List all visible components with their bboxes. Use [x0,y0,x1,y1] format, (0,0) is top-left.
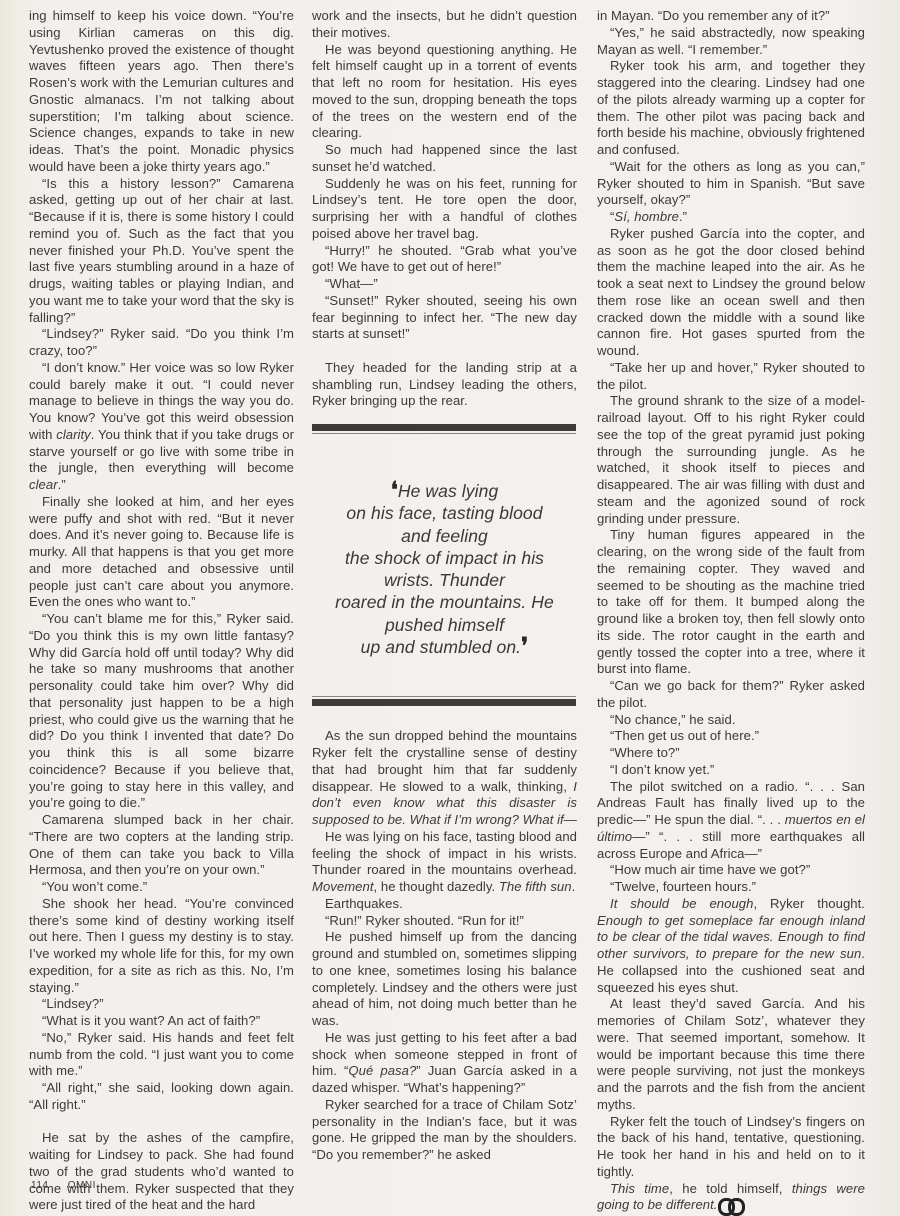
text-run: As the sun dropped behind the mountains … [312,728,577,793]
paragraph: “I don’t know yet.” [597,762,865,779]
italic-text: clarity [56,427,91,442]
page-number: 114 [31,1180,48,1191]
pull-quote-text: on his face, tasting blood [346,503,542,523]
italic-text: Sí, hombre [614,209,679,224]
paragraph: “What is it you want? An act of faith?” [29,1013,294,1030]
paragraph: “I don’t know.” Her voice was so low Ryk… [29,360,294,494]
text-run: , he thought dazedly. [374,879,499,894]
paragraph: “Where to?” [597,745,865,762]
text-run: .” [58,477,66,492]
close-quote-icon: ❜ [521,633,528,658]
paragraph: work and the insects, but he didn’t ques… [312,8,577,42]
pull-quote-line: ❛He was lying [312,480,577,502]
middle-column: work and the insects, but he didn’t ques… [312,8,577,1164]
paragraph: “You can’t blame me for this,” Ryker sai… [29,611,294,812]
paragraph: So much had happened since the last suns… [312,142,577,176]
paragraph: “Take her up and hover,” Ryker shouted t… [597,360,865,394]
left-column: ing himself to keep his voice down. “You… [29,8,294,1214]
right-column: in Mayan. “Do you remember any of it?”“Y… [597,8,865,1214]
paragraph: He was lying on his face, tasting blood … [312,829,577,896]
paragraph: Ryker took his arm, and together they st… [597,58,865,159]
pull-quote: ❛He was lyingon his face, tasting blooda… [312,480,577,658]
paragraph: Suddenly he was on his feet, running for… [312,176,577,243]
paragraph: “How much air time have we got?” [597,862,865,879]
paragraph: The pilot switched on a radio. “. . . Sa… [597,779,865,863]
pull-quote-line: up and stumbled on.❜ [312,636,577,658]
paragraph: “All right,” she said, looking down agai… [29,1080,294,1114]
pull-quote-line: on his face, tasting blood [312,502,577,524]
open-quote-icon: ❛ [391,477,398,502]
pull-quote-line: roared in the mountains. He [312,591,577,613]
paragraph: He sat by the ashes of the campfire, wai… [29,1130,294,1214]
paragraph: The ground shrank to the size of a model… [597,393,865,527]
paragraph: ing himself to keep his voice down. “You… [29,8,294,176]
pull-quote-text: He was lying [398,481,498,501]
paragraph: This time, he told himself, things were … [597,1181,865,1215]
paragraph: “Is this a history lesson?” Camarena ask… [29,176,294,327]
magazine-name: OMNI [68,1180,96,1191]
italic-text: Movement [312,879,374,894]
paragraph: Ryker searched for a trace of Chilam Sot… [312,1097,577,1164]
paragraph: Camarena slumped back in her chair. “The… [29,812,294,879]
pull-quote-text: roared in the mountains. He [335,592,554,612]
paragraph: They headed for the landing strip at a s… [312,360,577,410]
paragraph: He was just getting to his feet after a … [312,1030,577,1097]
paragraph: “Lindsey?” Ryker said. “Do you think I’m… [29,326,294,360]
pull-quote-bottom-rule [312,696,576,708]
paragraph: At least they’d saved García. And his me… [597,996,865,1113]
paragraph: Earthquakes. [312,896,577,913]
paragraph: “Can we go back for them?” Ryker asked t… [597,678,865,712]
paragraph: “No chance,” he said. [597,712,865,729]
pull-quote-text: up and stumbled on. [361,637,522,657]
paragraph: “What—” [312,276,577,293]
pull-quote-text: wrists. Thunder [384,570,505,590]
paragraph: She shook her head. “You’re convinced th… [29,896,294,997]
paragraph: “Twelve, fourteen hours.” [597,879,865,896]
thick-rule [312,699,576,706]
paragraph: It should be enough, Ryker thought. Enou… [597,896,865,997]
paragraph: “Yes,” he said abstractedly, now speakin… [597,25,865,59]
italic-text: The fifth sun [499,879,572,894]
paragraph: He pushed himself up from the dancing gr… [312,929,577,1030]
text-run: .” [679,209,687,224]
paragraph: “Then get us out of here.” [597,728,865,745]
middle-column-bottom-text: As the sun dropped behind the mountains … [312,728,577,1164]
paragraph: Tiny human figures appeared in the clear… [597,527,865,678]
paragraph: Ryker pushed García into the copter, and… [597,226,865,360]
italic-text: Enough to get someplace far enough inlan… [597,913,865,962]
pull-quote-text: the shock of impact in his [345,548,544,568]
pull-quote-line: and feeling [312,525,577,547]
paragraph: “Hurry!” he shouted. “Grab what you’ve g… [312,243,577,277]
omni-end-mark-icon [718,1198,742,1210]
text-run: , Ryker thought. [753,896,865,911]
paragraph: “Wait for the others as long as you can,… [597,159,865,209]
text-run: He was lying on his face, tasting blood … [312,829,577,878]
middle-column-top-text: work and the insects, but he didn’t ques… [312,8,577,410]
pull-quote-text: and feeling [401,526,488,546]
paragraph: “No,” Ryker said. His hands and feet fel… [29,1030,294,1080]
pull-quote-line: the shock of impact in his [312,547,577,569]
pull-quote-line: pushed himself [312,614,577,636]
thick-rule [312,424,576,431]
text-run: . [572,879,576,894]
pull-quote-block: ❛He was lyingon his face, tasting blooda… [312,424,577,708]
pull-quote-top-rule [312,424,576,436]
italic-text: It should be enough [610,896,753,911]
text-run: —” “. . . still more earthquakes all acr… [597,829,865,861]
text-run: , he told himself, [669,1181,792,1196]
paragraph: “Sí, hombre.” [597,209,865,226]
paragraph: He was beyond questioning anything. He f… [312,42,577,143]
magazine-page: ing himself to keep his voice down. “You… [0,0,900,1216]
paragraph: “Lindsey?” [29,996,294,1013]
paragraph: “You won’t come.” [29,879,294,896]
paragraph: “Run!” Ryker shouted. “Run for it!” [312,913,577,930]
paragraph: As the sun dropped behind the mountains … [312,728,577,829]
page-folio: 114 OMNI [31,1180,96,1191]
italic-text: This time [610,1181,669,1196]
italic-text: Qué pasa? [348,1063,416,1078]
paragraph: in Mayan. “Do you remember any of it?” [597,8,865,25]
pull-quote-line: wrists. Thunder [312,569,577,591]
thin-rule [312,696,576,697]
paragraph: Finally she looked at him, and her eyes … [29,494,294,611]
paragraph: “Sunset!” Ryker shouted, seeing his own … [312,293,577,343]
thin-rule [312,433,576,434]
paragraph: Ryker felt the touch of Lindsey’s finger… [597,1114,865,1181]
italic-text: clear [29,477,58,492]
pull-quote-text: pushed himself [385,615,504,635]
